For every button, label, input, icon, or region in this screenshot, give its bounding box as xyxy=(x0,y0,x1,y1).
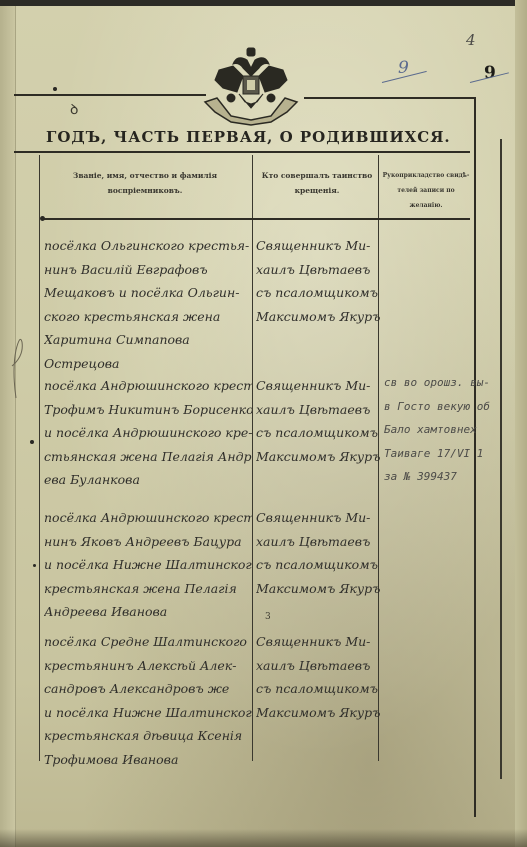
scan-top-edge xyxy=(0,0,527,6)
header-godparents: Званіе, имя, отчество и фамилія воспріем… xyxy=(40,168,250,198)
printed-page-number: 9 xyxy=(484,63,496,83)
ink-speck xyxy=(30,440,34,444)
pencil-page-number: 4 xyxy=(466,30,476,51)
header-witness-signature: Рукоприкладство свидѣ- телей записи по ж… xyxy=(380,168,472,213)
row-2-witness-note: св во орошз. вы- в Госто векую об Бало х… xyxy=(384,372,500,490)
margin-scribble-icon xyxy=(4,330,24,400)
header-rule-right xyxy=(304,97,476,99)
document-page: 4 9 9 ГОДЪ, ЧАСТЬ ПЕРВАЯ, О РОДИВШИХСЯ. … xyxy=(0,0,527,847)
margin-mark: ꝺ xyxy=(70,100,78,119)
row-4-godparents: посёлка Средне Шалтинского крестьянинъ А… xyxy=(44,630,252,771)
ink-speck xyxy=(33,564,36,567)
row-4-officiant: Священникъ Ми- хаилъ Цвѣтаевъ съ псаломщ… xyxy=(256,630,380,724)
row-4-officiant-mark: 3 xyxy=(265,612,271,622)
row-1-godparents: посёлка Ольгинского крестья- нинъ Василі… xyxy=(44,234,252,375)
header-rule-left xyxy=(14,94,206,96)
scan-bottom-shadow xyxy=(0,829,527,847)
page-title: ГОДЪ, ЧАСТЬ ПЕРВАЯ, О РОДИВШИХСЯ. xyxy=(46,128,446,148)
row-3-godparents: посёлка Андрюшинского кресть- нинъ Яковъ… xyxy=(44,506,252,624)
header-officiant: Кто совершалъ таинство крещенія. xyxy=(254,168,380,198)
row-1-officiant: Священникъ Ми- хаилъ Цвѣтаевъ съ псаломщ… xyxy=(256,234,380,328)
right-page-edge xyxy=(515,0,527,847)
double-headed-eagle-icon xyxy=(203,46,299,126)
next-page-edge-line xyxy=(500,139,502,779)
rule-end-dot xyxy=(40,216,45,221)
row-3-officiant: Священникъ Ми- хаилъ Цвѣтаевъ съ псаломщ… xyxy=(256,506,380,600)
title-underline xyxy=(14,151,470,153)
ink-speck xyxy=(53,87,57,91)
binding-margin xyxy=(0,6,16,847)
col-divider-1 xyxy=(252,155,253,761)
row-2-officiant: Священникъ Ми- хаилъ Цвѣтаевъ съ псаломщ… xyxy=(256,374,380,468)
col-divider-left xyxy=(39,155,40,761)
header-bottom-rule xyxy=(42,218,470,220)
row-2-godparents: посёлка Андрюшинского крестья- Трофимъ Н… xyxy=(44,374,252,492)
